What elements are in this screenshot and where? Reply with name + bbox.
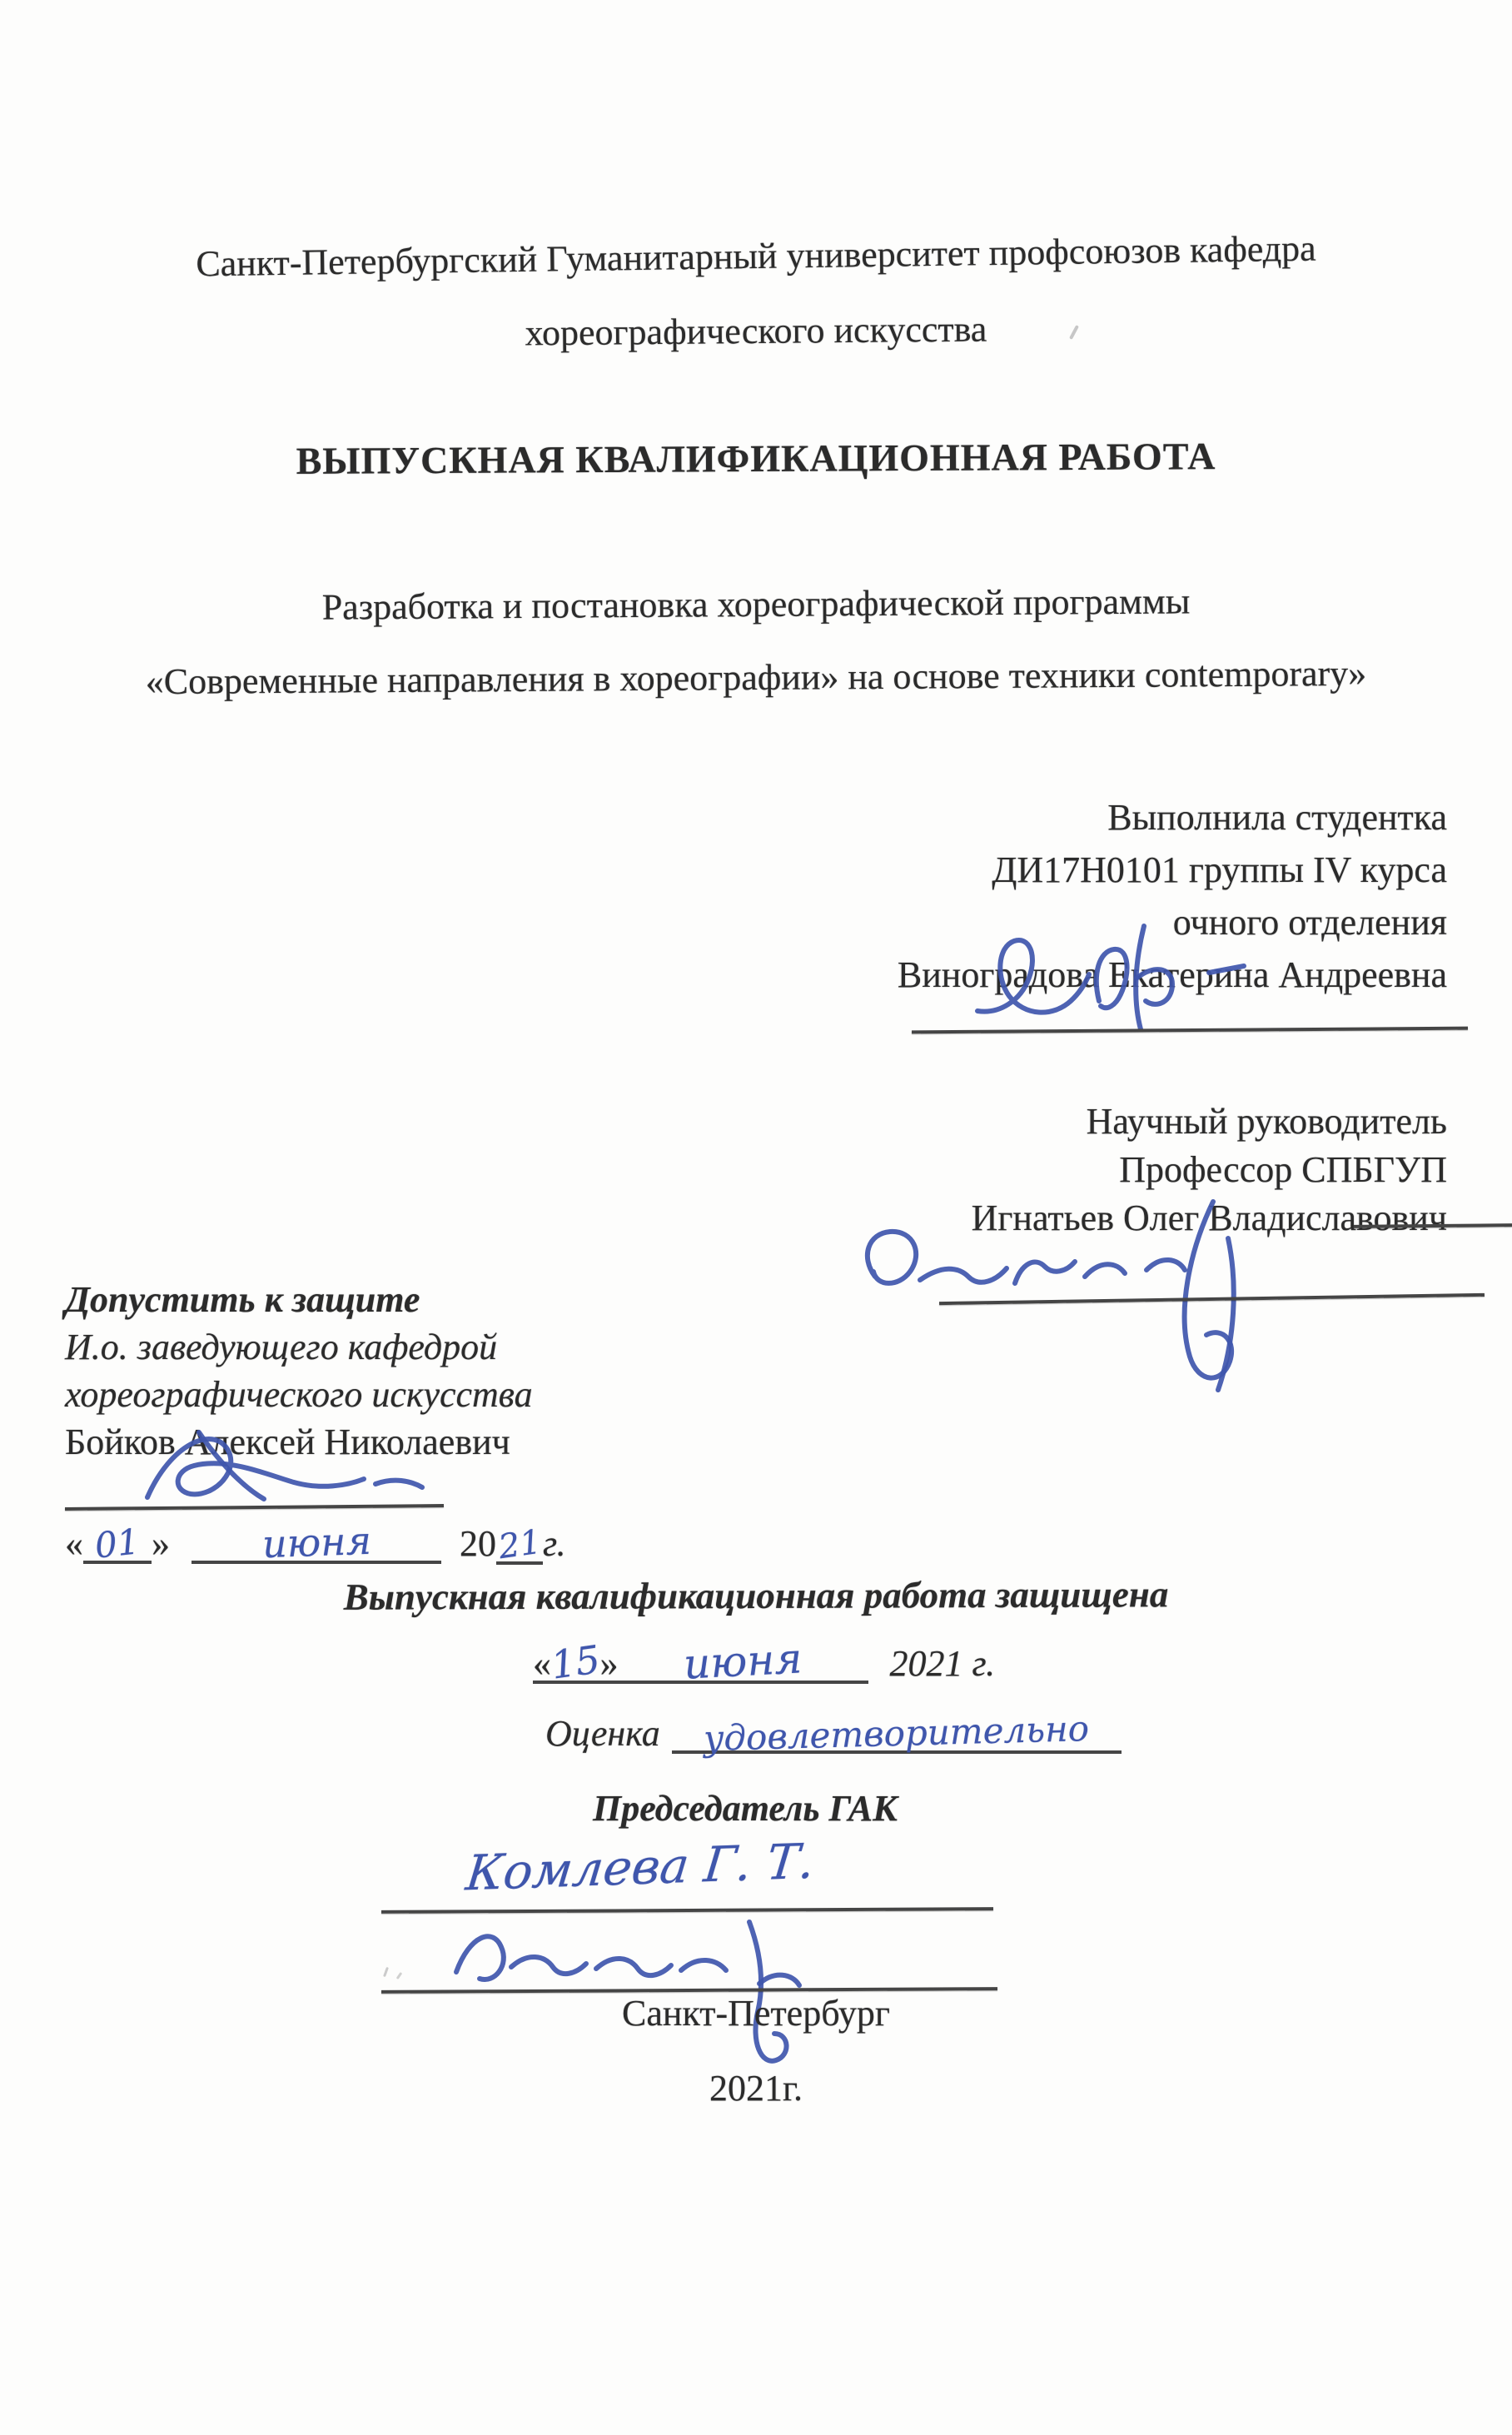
chairman-label: Председатель ГАК	[593, 1787, 898, 1830]
defense-date-day-handwritten: 15	[550, 1642, 603, 1682]
defense-date-line: «15» июня 2021 г.	[533, 1642, 995, 1685]
supervisor-block-line1: Научный руководитель	[972, 1098, 1447, 1146]
university-name-line1: Санкт-Петербургский Гуманитарный универс…	[0, 224, 1512, 287]
work-type-title: ВЫПУСКНАЯ КВАЛИФИКАЦИОННАЯ РАБОТА	[0, 432, 1512, 485]
student-block-line1: Выполнила студентка	[898, 791, 1447, 844]
approval-date-day-underline: 01	[83, 1527, 152, 1564]
supervisor-signature	[837, 1187, 1286, 1395]
approval-date-month-underline: июня	[191, 1526, 441, 1564]
scan-artifact	[383, 1967, 389, 1977]
approval-block-line3: хореографического искусства	[65, 1371, 533, 1418]
approval-date-close-quote: »	[152, 1522, 170, 1565]
theme-line1: Разработка и постановка хореографической…	[0, 578, 1512, 631]
approval-date-year-prefix: 20	[460, 1522, 496, 1565]
defense-title: Выпускная квалификационная работа защище…	[0, 1571, 1512, 1620]
grade-value-handwritten: удовлетворительно	[704, 1712, 1090, 1755]
scan-artifact	[396, 1972, 403, 1979]
defense-date-month-underline: июня	[619, 1645, 868, 1684]
approval-date-month-handwritten: июня	[261, 1524, 371, 1561]
scanned-title-page: Санкт-Петербургский Гуманитарный универс…	[0, 0, 1512, 2435]
approval-date-open-quote: «	[65, 1522, 83, 1565]
approval-date-line: « 01 » июня 20 21 г.	[65, 1522, 566, 1565]
footer-year: 2021г.	[0, 2067, 1512, 2109]
footer-city: Санкт-Петербург	[0, 1992, 1512, 2034]
approval-date-year-handwritten: 21	[496, 1526, 543, 1565]
student-block-line2: ДИ17Н0101 группы IV курса	[898, 844, 1447, 896]
grade-label: Оценка	[545, 1712, 660, 1755]
grade-underline: удовлетворительно	[672, 1717, 1122, 1754]
defense-date-day-underline: «15»	[533, 1646, 619, 1684]
approval-date-year-underline: 21	[496, 1527, 543, 1565]
defense-date-month-handwritten: июня	[683, 1641, 803, 1681]
theme-line2: «Современные направления в хореографии» …	[0, 651, 1512, 705]
approval-block-line1: Допустить к защите	[65, 1276, 533, 1323]
defense-date-year: 2021 г.	[890, 1642, 996, 1685]
approval-date-year-label: г.	[543, 1522, 566, 1565]
grade-line: Оценка удовлетворительно	[545, 1712, 1122, 1755]
chairman-name-handwritten: Комлева Г. Т.	[464, 1833, 818, 1902]
defense-date-close-quote: »	[600, 1643, 619, 1684]
approval-date-day-handwritten: 01	[93, 1525, 141, 1562]
university-department-line2: хореографического искусства	[0, 303, 1512, 359]
approval-block-line2: И.о. заведующего кафедрой	[65, 1323, 533, 1371]
supervisor-name-line	[1354, 1223, 1512, 1228]
